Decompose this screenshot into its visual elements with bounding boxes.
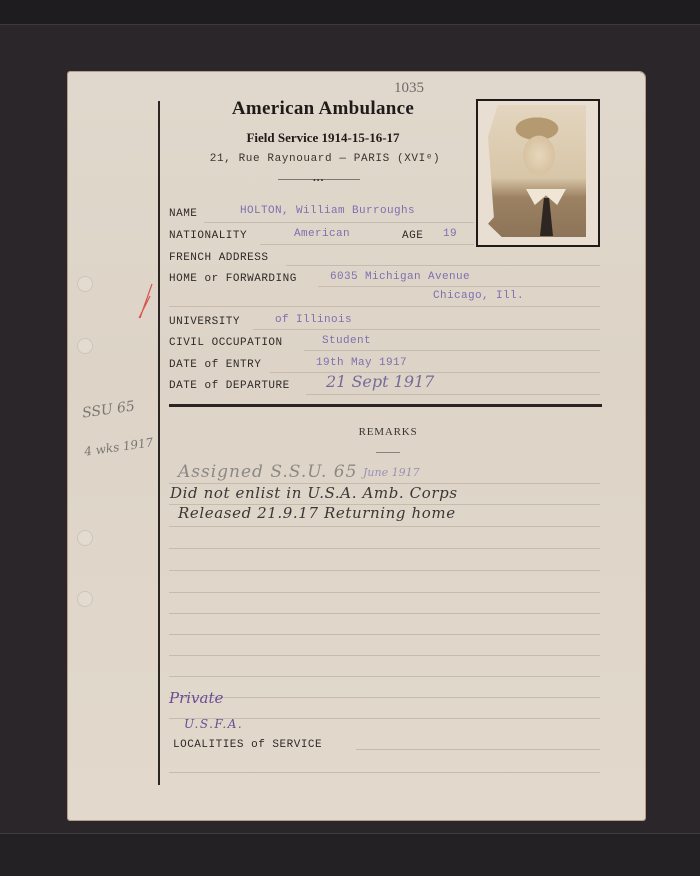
organization-address: 21, Rue Raynouard — PARIS (XVIᵉ) xyxy=(190,153,460,165)
red-check-mark-icon xyxy=(136,282,154,322)
remarks-rule xyxy=(169,592,600,593)
remarks-rule xyxy=(169,613,600,614)
binder-hole-icon xyxy=(77,530,93,546)
remarks-rule xyxy=(169,676,600,677)
home-address-rule-2 xyxy=(169,306,600,307)
necktie xyxy=(540,198,553,236)
french-address-label: FRENCH ADDRESS xyxy=(169,252,268,264)
date-of-entry-rule xyxy=(270,372,600,373)
registration-card: SSU 65 4 wks 1917 1035 American Ambulanc… xyxy=(68,72,645,820)
binder-hole-icon xyxy=(77,591,93,607)
name-rule xyxy=(204,222,474,223)
binder-hole-icon xyxy=(77,338,93,354)
remarks-ornament xyxy=(376,452,400,453)
french-address-rule xyxy=(286,265,600,266)
civil-occupation-value: Student xyxy=(322,335,371,347)
remarks-rule xyxy=(169,526,600,527)
nationality-label: NATIONALITY xyxy=(169,230,247,242)
home-address-label: HOME or FORWARDING xyxy=(169,273,297,285)
rank-value: Private xyxy=(169,689,223,707)
age-value: 19 xyxy=(443,228,457,240)
civil-occupation-rule xyxy=(304,350,600,351)
margin-note-unit: SSU 65 xyxy=(81,398,136,421)
university-label: UNIVERSITY xyxy=(169,316,240,328)
localities-rule-2 xyxy=(169,772,600,773)
age-label: AGE xyxy=(402,230,423,242)
localities-rule xyxy=(356,749,600,750)
remark-line-3: Released 21.9.17 Returning home xyxy=(178,504,456,522)
remarks-rule xyxy=(169,634,600,635)
margin-note-duration: 4 wks 1917 xyxy=(83,435,154,459)
home-address-line1: 6035 Michigan Avenue xyxy=(330,271,470,283)
name-label: NAME xyxy=(169,208,197,220)
remarks-rule xyxy=(169,697,600,698)
remarks-rule xyxy=(169,655,600,656)
home-address-rule xyxy=(318,286,600,287)
serial-number: 1035 xyxy=(394,80,424,97)
remarks-rule xyxy=(169,548,600,549)
nationality-value: American xyxy=(294,228,350,240)
portrait-photo-icon xyxy=(488,105,586,237)
header-ornament-dots: ••• xyxy=(313,176,324,185)
photo-frame xyxy=(476,99,600,247)
remark-line-1-note: June 1917 xyxy=(363,466,420,479)
margin-rule xyxy=(158,101,160,785)
document-title: American Ambulance xyxy=(208,98,438,120)
date-of-entry-value: 19th May 1917 xyxy=(316,357,407,369)
civil-occupation-label: CIVIL OCCUPATION xyxy=(169,337,283,349)
remark-line-2: Did not enlist in U.S.A. Amb. Corps xyxy=(170,484,458,502)
remark-line-1: Assigned S.S.U. 65 xyxy=(178,462,357,482)
unit-value: U.S.F.A. xyxy=(184,717,243,731)
university-value: of Illinois xyxy=(275,314,352,326)
remarks-rule xyxy=(169,570,600,571)
frame-top-edge xyxy=(0,0,700,25)
binder-hole-icon xyxy=(77,276,93,292)
date-of-departure-value: 21 Sept 1917 xyxy=(326,372,434,391)
document-subtitle: Field Service 1914-15-16-17 xyxy=(208,130,438,146)
section-divider xyxy=(169,404,602,407)
frame-bottom-edge xyxy=(0,833,700,876)
date-of-entry-label: DATE of ENTRY xyxy=(169,359,261,371)
university-rule xyxy=(253,329,600,330)
name-value: HOLTON, William Burroughs xyxy=(240,205,415,217)
date-of-departure-label: DATE of DEPARTURE xyxy=(169,380,290,392)
remarks-heading: REMARKS xyxy=(328,426,448,438)
nationality-rule xyxy=(260,244,474,245)
localities-label: LOCALITIES of SERVICE xyxy=(173,739,322,751)
date-of-departure-rule xyxy=(306,394,600,395)
home-address-line2: Chicago, Ill. xyxy=(433,290,524,302)
